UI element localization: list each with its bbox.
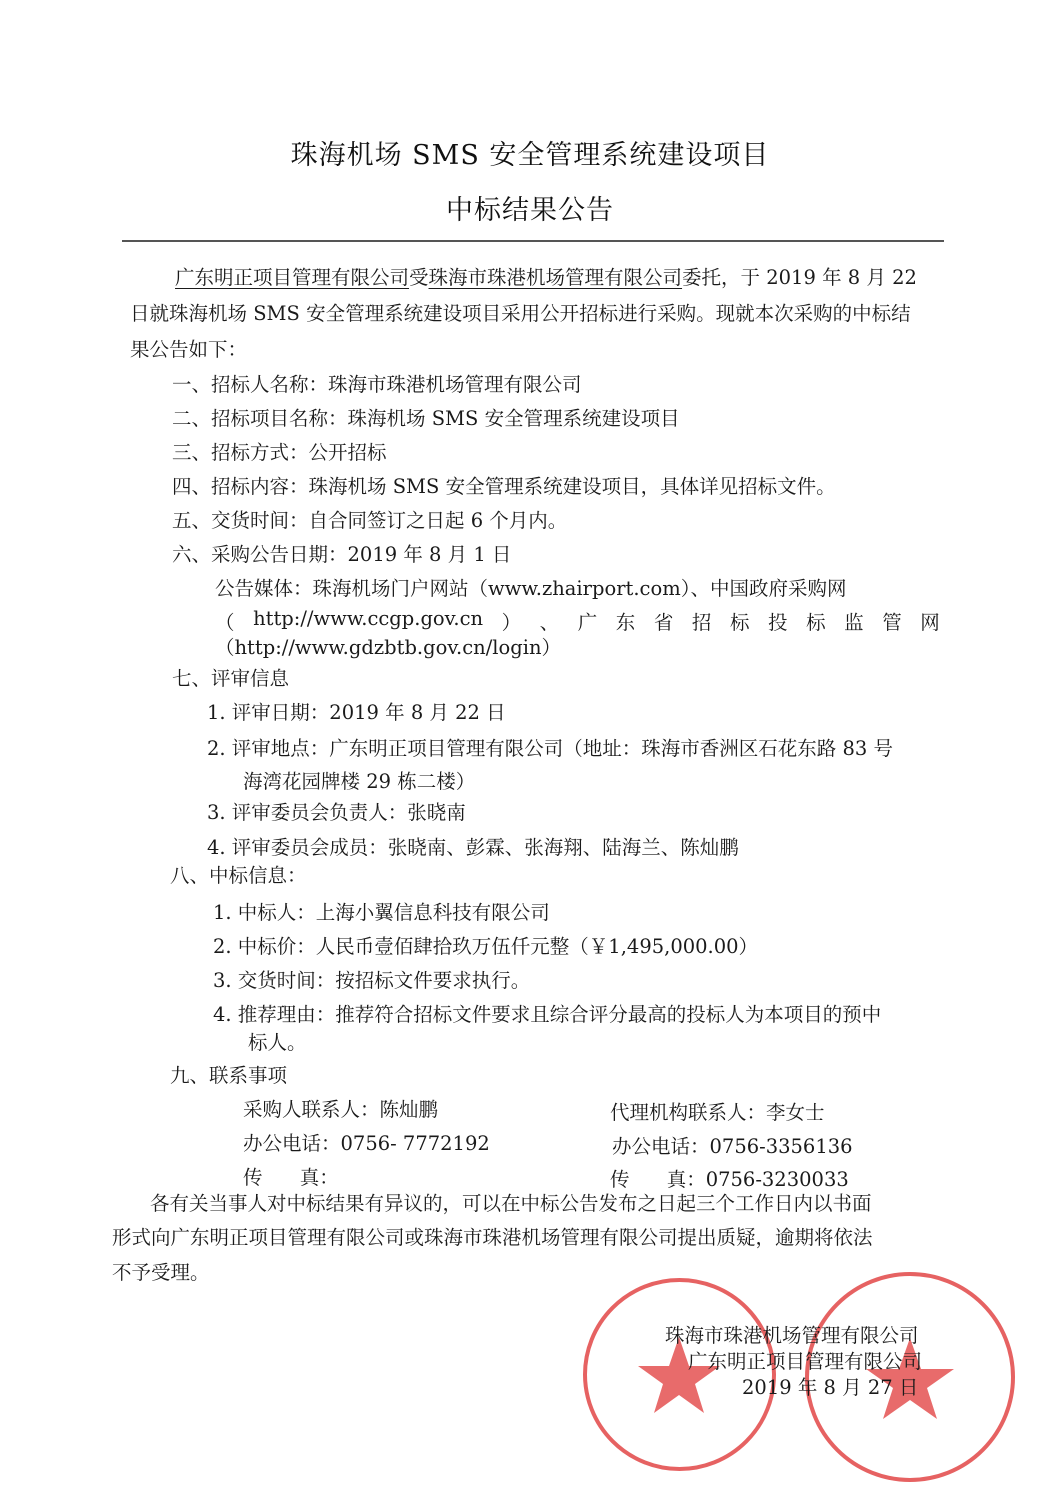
- document-title: 珠海机场 SMS 安全管理系统建设项目: [0, 133, 1060, 172]
- section-8-heading: 八、中标信息：: [170, 860, 307, 888]
- header-divider: [122, 240, 944, 242]
- section-6-media-line-2: （ http://www.ccgp.gov.cn ） 、 广 东 省 招 标 投…: [215, 607, 940, 635]
- section-7-heading: 七、评审信息: [172, 663, 289, 691]
- buyer-contact: 采购人联系人：陈灿鹏: [243, 1094, 438, 1122]
- agency-phone: 办公电话：0756-3356136: [612, 1131, 853, 1159]
- review-location-cont: 海湾花园牌楼 29 栋二楼）: [243, 766, 475, 794]
- agency-contact: 代理机构联系人：李女士: [610, 1097, 825, 1125]
- signature-org-2: 广东明正项目管理有限公司: [688, 1346, 922, 1374]
- section-1-bidder: 一、招标人名称：珠海市珠港机场管理有限公司: [172, 369, 582, 397]
- winner-name: 1. 中标人：上海小翼信息科技有限公司: [213, 897, 550, 925]
- review-location: 2. 评审地点：广东明正项目管理有限公司（地址：珠海市香洲区石花东路 83 号: [207, 733, 893, 761]
- objection-line-3: 不予受理。: [112, 1257, 210, 1285]
- recommendation-reason-cont: 标人。: [248, 1027, 307, 1055]
- intro-line-2: 日就珠海机场 SMS 安全管理系统建设项目采用公开招标进行采购。现就本次采购的中…: [130, 298, 911, 326]
- section-9-heading: 九、联系事项: [170, 1060, 287, 1088]
- buyer-fax: 传 真：: [243, 1162, 339, 1190]
- agent-name: 广东明正项目管理有限公司: [175, 266, 409, 289]
- section-6-date: 六、采购公告日期：2019 年 8 月 1 日: [172, 539, 511, 567]
- section-6-media-line-1: 公告媒体：珠海机场门户网站（www.zhairport.com）、中国政府采购网: [215, 573, 846, 601]
- winning-price: 2. 中标价：人民币壹佰肆拾玖万伍仟元整（￥1,495,000.00）: [213, 931, 758, 959]
- review-date: 1. 评审日期：2019 年 8 月 22 日: [207, 697, 506, 725]
- document-subtitle: 中标结果公告: [0, 188, 1060, 227]
- signature-date: 2019 年 8 月 27 日: [742, 1372, 918, 1400]
- link-ccgp[interactable]: http://www.ccgp.gov.cn: [253, 607, 483, 635]
- objection-line-2: 形式向广东明正项目管理有限公司或珠海市珠港机场管理有限公司提出质疑，逾期将依法: [112, 1222, 873, 1250]
- objection-line-1: 各有关当事人对中标结果有异议的，可以在中标公告发布之日起三个工作日内以书面: [150, 1188, 872, 1216]
- section-6-media-line-3: （http://www.gdzbtb.gov.cn/login）: [215, 632, 561, 660]
- signature-org-1: 珠海市珠港机场管理有限公司: [665, 1320, 919, 1348]
- recommendation-reason: 4. 推荐理由：推荐符合招标文件要求且综合评分最高的投标人为本项目的预中: [213, 999, 881, 1027]
- section-4-content: 四、招标内容：珠海机场 SMS 安全管理系统建设项目，具体详见招标文件。: [172, 471, 836, 499]
- client-name: 珠海市珠港机场管理有限公司: [429, 266, 683, 289]
- review-committee-head: 3. 评审委员会负责人：张晓南: [207, 797, 466, 825]
- section-5-delivery: 五、交货时间：自合同签订之日起 6 个月内。: [172, 505, 567, 533]
- section-3-method: 三、招标方式：公开招标: [172, 437, 387, 465]
- review-committee-members: 4. 评审委员会成员：张晓南、彭霖、张海翔、陆海兰、陈灿鹏: [207, 832, 739, 860]
- document-page: 珠海机场 SMS 安全管理系统建设项目 中标结果公告 广东明正项目管理有限公司受…: [0, 0, 1060, 1500]
- section-2-project-name: 二、招标项目名称：珠海机场 SMS 安全管理系统建设项目: [172, 403, 680, 431]
- intro-line-1: 广东明正项目管理有限公司受珠海市珠港机场管理有限公司委托，于 2019 年 8 …: [175, 262, 917, 290]
- intro-line-3: 果公告如下：: [130, 334, 247, 362]
- buyer-phone: 办公电话：0756- 7772192: [243, 1128, 490, 1156]
- winner-delivery: 3. 交货时间：按招标文件要求执行。: [213, 965, 530, 993]
